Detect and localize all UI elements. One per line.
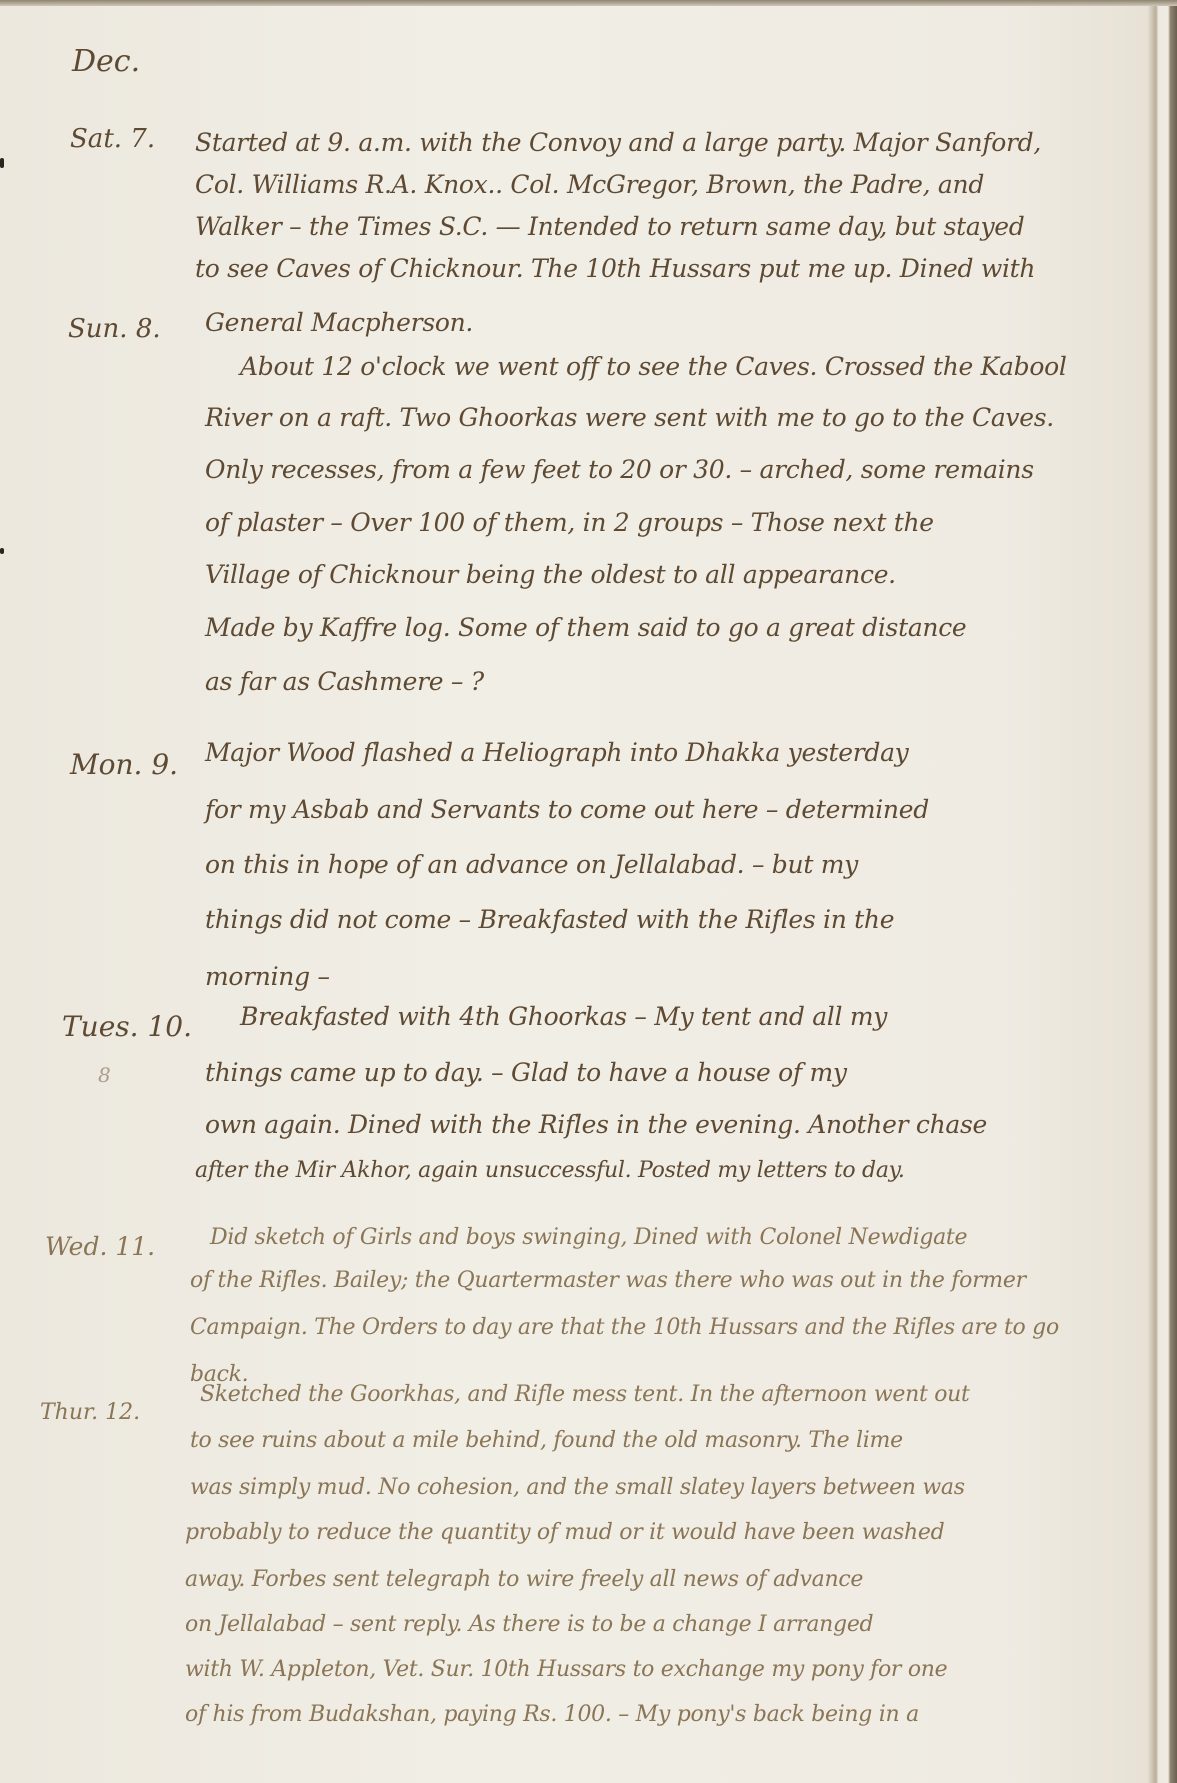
binding-mark [0,548,4,554]
margin-note: 8 [98,1063,111,1087]
entry-line: things did not come – Breakfasted with t… [205,905,894,934]
page-top-edge [0,0,1177,6]
entry-line: River on a raft. Two Ghoorkas were sent … [205,403,1054,432]
entry-line: away. Forbes sent telegraph to wire free… [185,1567,863,1592]
entry-date: Sun. 8. [68,314,161,344]
entry-date: Tues. 10. [62,1010,192,1043]
entry-line: to see ruins about a mile behind, found … [190,1428,903,1453]
entry-date: Wed. 11. [45,1232,155,1261]
entry-line: probably to reduce the quantity of mud o… [185,1520,944,1545]
entry-date: Sat. 7. [70,124,155,154]
entry-line: to see Caves of Chicknour. The 10th Huss… [195,254,1035,283]
entry-line: Sketched the Goorkhas, and Rifle mess te… [200,1382,970,1407]
entry-line: Col. Williams R.A. Knox.. Col. McGregor,… [195,170,984,199]
diary-page: Dec. Sat. 7. Started at 9. a.m. with the… [0,0,1177,1783]
entry-line: Breakfasted with 4th Ghoorkas – My tent … [240,1002,887,1031]
entry-line: of the Rifles. Bailey; the Quartermaster… [190,1268,1026,1293]
entry-line: Walker – the Times S.C. — Intended to re… [195,212,1025,241]
entry-line: own again. Dined with the Rifles in the … [205,1110,987,1139]
entry-line: as far as Cashmere – ? [205,667,484,696]
entry-line: Made by Kaffre log. Some of them said to… [205,613,966,642]
entry-line: of his from Budakshan, paying Rs. 100. –… [185,1702,919,1727]
entry-line: morning – [205,962,330,991]
entry-line: after the Mir Akhor, again unsuccessful.… [195,1158,905,1183]
page-binding-edge [1147,6,1177,1783]
entry-line: on this in hope of an advance on Jellala… [205,850,858,879]
month-heading: Dec. [72,44,140,79]
entry-line: Did sketch of Girls and boys swinging, D… [210,1225,967,1250]
entry-line: Village of Chicknour being the oldest to… [205,560,896,589]
entry-date: Mon. 9. [70,748,178,781]
entry-date: Thur. 12. [40,1400,140,1425]
entry-line: General Macpherson. [205,308,473,337]
binding-mark [0,158,4,168]
entry-line: Started at 9. a.m. with the Convoy and a… [195,128,1041,157]
entry-line: things came up to day. – Glad to have a … [205,1058,847,1087]
entry-line: was simply mud. No cohesion, and the sma… [190,1475,965,1500]
entry-line: Campaign. The Orders to day are that the… [190,1315,1059,1340]
entry-line: with W. Appleton, Vet. Sur. 10th Hussars… [185,1657,947,1682]
entry-line: Only recesses, from a few feet to 20 or … [205,455,1034,484]
entry-line: on Jellalabad – sent reply. As there is … [185,1612,873,1637]
entry-line: Major Wood flashed a Heliograph into Dha… [205,738,909,767]
entry-line: of plaster – Over 100 of them, in 2 grou… [205,508,934,537]
entry-line: for my Asbab and Servants to come out he… [205,795,929,824]
entry-line: About 12 o'clock we went off to see the … [240,352,1067,381]
